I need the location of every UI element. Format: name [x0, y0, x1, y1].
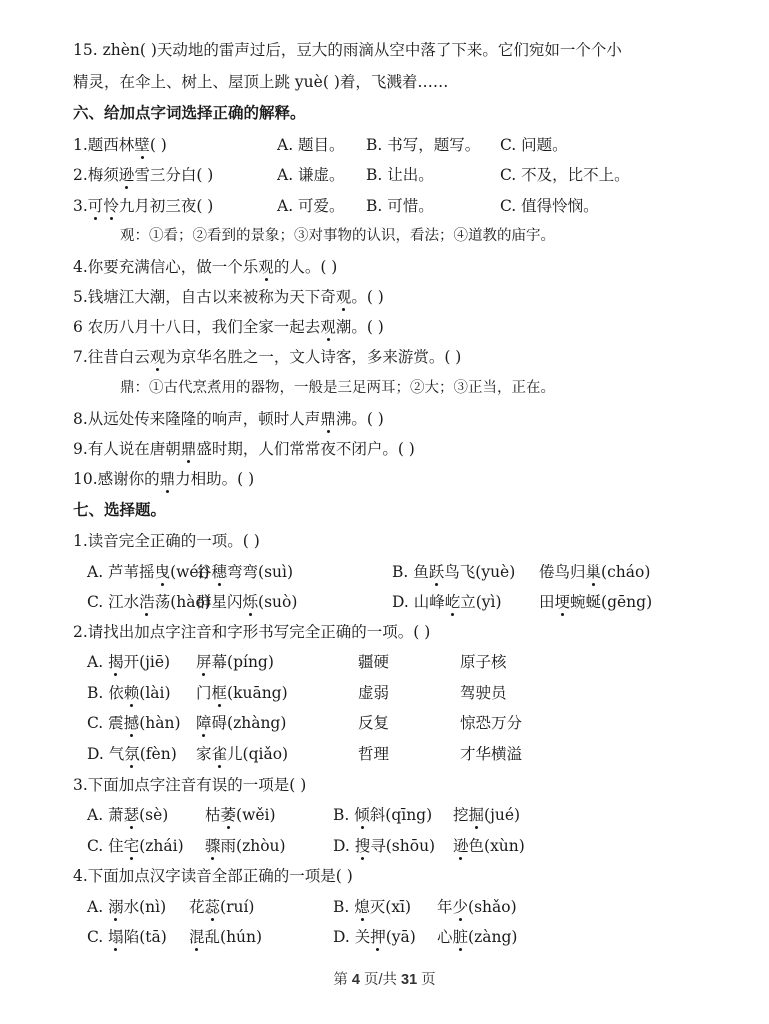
q2-option-cell: 驾驶员 — [460, 683, 507, 703]
q2-option-cell: 门框(kuāng) — [196, 683, 288, 703]
dotted-char: 鼎 — [320, 409, 336, 429]
dotted-char: 观 — [320, 317, 336, 337]
q1-option-cell: D. 山峰屹立(yì) — [392, 592, 502, 612]
q3-option-cell: B. 倾斜(qīng) — [333, 805, 432, 825]
q2-option-cell: 惊恐万分 — [460, 713, 522, 733]
q2-option-cell: A. 揭开(jiē) — [87, 652, 170, 672]
option-b: B. 让出。 — [366, 165, 434, 185]
q3-option-cell: 逊色(xùn) — [453, 836, 525, 856]
q2-option-cell: 家雀儿(qiǎo) — [196, 744, 288, 764]
ding-item-8: 8.从远处传来隆隆的响声，顿时人声鼎沸。( ) — [73, 409, 384, 429]
dotted-char: 混 — [189, 927, 205, 947]
current-page: 4 — [352, 972, 360, 988]
dotted-char: 浩 — [139, 592, 155, 612]
ding-definition-note: 鼎：①古代烹煮用的器物，一般是三足两耳；②大；③正当，正在。 — [120, 378, 555, 398]
q4-option-cell: C. 塌陷(tā) — [87, 927, 167, 947]
dotted-char: 壁 — [134, 135, 150, 155]
ding-item-10: 10.感谢你的鼎力相助。( ) — [73, 469, 254, 489]
dotted-char: 障 — [196, 713, 212, 733]
option-c: C. 值得怜悯。 — [500, 196, 599, 216]
dotted-char: 穗 — [212, 562, 228, 582]
dotted-char: 逊 — [453, 836, 469, 856]
guan-item-7: 7.往昔白云观为京华名胜之一，文人诗客，多来游赏。( ) — [73, 347, 461, 367]
section-6-title: 六、给加点字词选择正确的解释。 — [73, 103, 306, 123]
q3-option-cell: 骤雨(zhòu) — [205, 836, 286, 856]
dotted-char: 烁 — [243, 592, 259, 612]
q2-option-cell: 原子核 — [460, 652, 507, 672]
dotted-char: 瑟 — [124, 805, 140, 825]
q2-option-cell: 屏幕(píng) — [196, 652, 274, 672]
option-a: A. 题目。 — [277, 135, 345, 155]
q3-option-cell: 枯萎(wěi) — [205, 805, 276, 825]
dotted-char: 熄 — [354, 897, 370, 917]
q2-option-cell: 反复 — [358, 713, 389, 733]
dotted-char: 框 — [212, 683, 228, 703]
option-b: B. 可惜。 — [366, 196, 434, 216]
option-c: C. 不及，比不上。 — [500, 165, 630, 185]
q1-stem: 1.读音完全正确的一项。( ) — [73, 531, 260, 551]
dotted-char: 塌 — [108, 927, 124, 947]
dotted-char: 鼎 — [181, 439, 197, 459]
dotted-char: 少 — [453, 897, 469, 917]
dotted-char: 屏 — [196, 652, 212, 672]
q3-option-cell: A. 萧瑟(sè) — [87, 805, 168, 825]
dotted-char: 蕊 — [205, 897, 221, 917]
q2-option-cell: 才华横溢 — [460, 744, 522, 764]
q1-option-cell: A. 芦苇摇曳(wéi) — [87, 562, 210, 582]
dotted-char: 雀 — [212, 744, 228, 764]
q3-option-cell: 挖掘(jué) — [453, 805, 520, 825]
q3-option-cell: D. 搜寻(shōu) — [333, 836, 435, 856]
guan-item-6: 6 农历八月十八日，我们全家一起去观潮。( ) — [73, 317, 384, 337]
dotted-char: 赖 — [124, 683, 140, 703]
dotted-char: 观 — [150, 347, 166, 367]
dotted-char: 可 — [88, 196, 104, 216]
dotted-char: 撼 — [124, 713, 140, 733]
dotted-char: 氛 — [124, 744, 140, 764]
total-pages: 31 — [401, 972, 417, 988]
guan-definition-note: 观：①看；②看到的景象；③对事物的认识，看法；④道教的庙宇。 — [120, 226, 555, 246]
q1-option-cell: B. 鱼跃鸟飞(yuè) — [392, 562, 515, 582]
q3-stem: 3.下面加点字注音有误的一项是( ) — [73, 775, 306, 795]
dotted-char: 掘 — [469, 805, 485, 825]
q4-option-cell: B. 熄灭(xī) — [333, 897, 411, 917]
q4-option-cell: 心脏(zàng) — [437, 927, 517, 947]
q2-option-cell: C. 震撼(hàn) — [87, 713, 181, 733]
option-c: C. 问题。 — [500, 135, 568, 155]
q4-option-cell: 混乱(hún) — [189, 927, 262, 947]
option-b: B. 书写，题写。 — [366, 135, 480, 155]
dotted-char: 脏 — [453, 927, 469, 947]
question-15-line-1: 15. zhèn( )天动地的雷声过后，豆大的雨滴从空中落了下来。它们宛如一个个… — [73, 40, 622, 60]
q2-option-cell: 虚弱 — [358, 683, 389, 703]
option-a: A. 谦虚。 — [277, 165, 345, 185]
guan-item-4: 4.你要充满信心，做一个乐观的人。( ) — [73, 257, 337, 277]
dotted-char: 搜 — [355, 836, 371, 856]
q1-option-cell: 倦鸟归巢(cháo) — [539, 562, 650, 582]
section-7-title: 七、选择题。 — [73, 500, 166, 520]
guan-item-5: 5.钱塘江大潮，自古以来被称为天下奇观。( ) — [73, 287, 384, 307]
dotted-char: 骤 — [205, 836, 221, 856]
dotted-char: 怜 — [103, 196, 119, 216]
q1-option-cell: C. 江水浩荡(hào) — [87, 592, 211, 612]
dotted-char: 鼎 — [160, 469, 176, 489]
q4-option-cell: D. 关押(yā) — [333, 927, 416, 947]
dotted-char: 倾 — [354, 805, 370, 825]
dotted-char: 巢 — [586, 562, 602, 582]
q2-option-cell: B. 依赖(lài) — [87, 683, 171, 703]
q1-option-cell: 群星闪烁(suò) — [196, 592, 297, 612]
ding-item-9: 9.有人说在唐朝鼎盛时期，人们常常夜不闭户。( ) — [73, 439, 415, 459]
q2-option-cell: 障碍(zhàng) — [196, 713, 286, 733]
dotted-char: 溺 — [108, 897, 124, 917]
q1-option-cell: 谷穗弯弯(suì) — [196, 562, 293, 582]
q4-stem: 4.下面加点汉字读音全部正确的一项是( ) — [73, 866, 353, 886]
q2-stem: 2.请找出加点字注音和字形书写完全正确的一项。( ) — [73, 622, 430, 642]
dotted-char: 曳 — [155, 562, 171, 582]
dotted-char: 跃 — [429, 562, 445, 582]
q4-option-cell: 年少(shǎo) — [437, 897, 517, 917]
q2-option-cell: 哲理 — [358, 744, 389, 764]
q4-option-cell: A. 溺水(nì) — [87, 897, 166, 917]
dotted-char: 观 — [336, 287, 352, 307]
q3-option-cell: C. 住宅(zhái) — [87, 836, 184, 856]
dotted-char: 宅 — [124, 836, 140, 856]
dotted-char: 逊 — [119, 165, 135, 185]
dotted-char: 萎 — [221, 805, 237, 825]
q2-option-cell: 疆硬 — [358, 652, 389, 672]
q1-option-cell: 田埂蜿蜒(gēng) — [539, 592, 652, 612]
q2-option-cell: D. 气氛(fèn) — [87, 744, 177, 764]
q4-option-cell: 花蕊(ruí) — [189, 897, 254, 917]
option-a: A. 可爱。 — [277, 196, 345, 216]
question-15-line-2: 精灵，在伞上、树上、屋顶上跳 yuè( )着，飞溅着…… — [73, 72, 448, 92]
dotted-char: 押 — [370, 927, 386, 947]
dotted-char: 埂 — [555, 592, 571, 612]
dotted-char: 揭 — [108, 652, 124, 672]
page-footer: 第 4 页/共 31 页 — [0, 968, 769, 989]
dotted-char: 观 — [258, 257, 274, 277]
dotted-char: 屹 — [445, 592, 461, 612]
